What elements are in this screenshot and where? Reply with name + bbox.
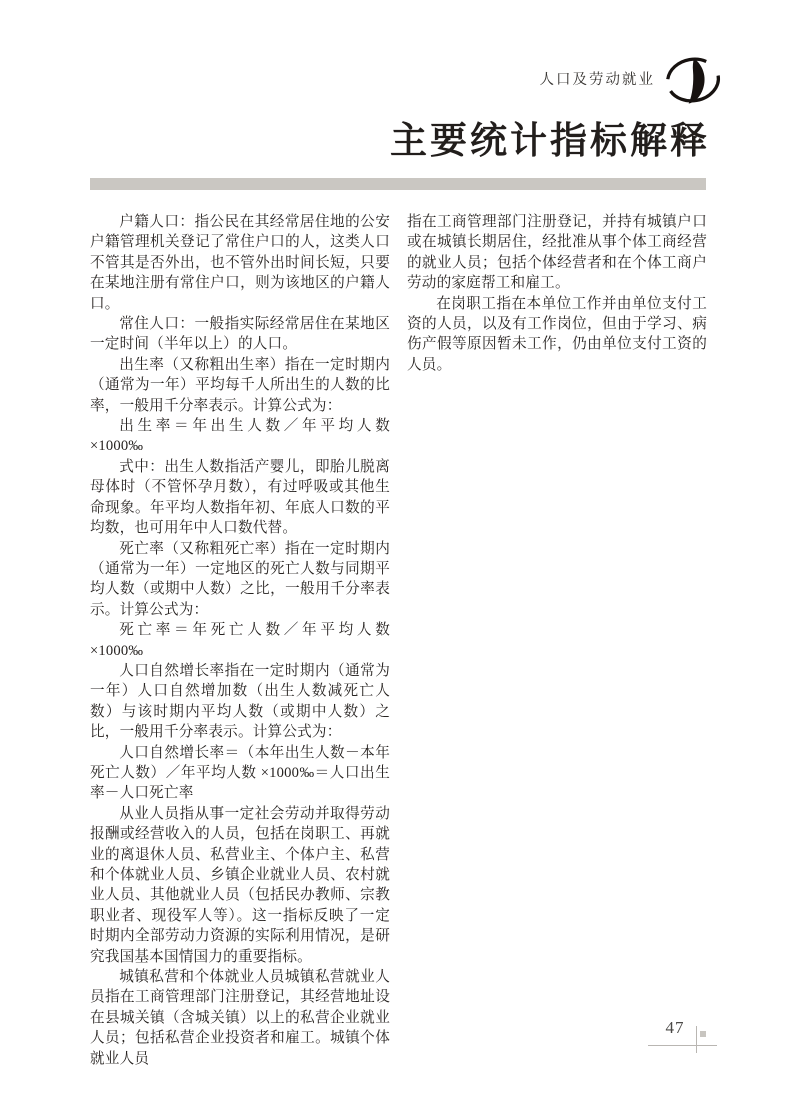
footer-square-ornament — [700, 1031, 706, 1037]
section-rule-bar — [90, 178, 706, 190]
page-number: 47 — [658, 1018, 692, 1038]
footer-vertical-rule — [696, 1026, 697, 1053]
paragraph-death-rate-definition: 死亡率（又称粗死亡率）指在一定时期内（通常为一年）一定地区的死亡人数与同期平均人… — [90, 539, 390, 621]
page-title: 主要统计指标解释 — [390, 110, 710, 164]
paragraph-resident-population: 常住人口：一般指实际经常居住在某地区一定时间（半年以上）的人口。 — [90, 314, 390, 355]
left-column: 户籍人口：指公民在其经常居住地的公安户籍管理机关登记了常住户口的人，这类人口不管… — [90, 212, 390, 1069]
section-label: 人口及劳动就业 — [540, 68, 656, 93]
paragraph-natural-growth-rate: 人口自然增长率指在一定时期内（通常为一年）人口自然增加数（出生人数减死亡人数）与… — [90, 661, 390, 743]
paragraph-urban-private-employees-continued: 指在工商管理部门注册登记，并持有城镇户口或在城镇长期居住，经批准从事个体工商经营… — [407, 212, 707, 294]
right-column: 指在工商管理部门注册登记，并持有城镇户口或在城镇长期居住，经批准从事个体工商经营… — [407, 212, 707, 1069]
body-columns: 户籍人口：指公民在其经常居住地的公安户籍管理机关登记了常住户口的人，这类人口不管… — [90, 212, 707, 1069]
paragraph-staff-on-duty: 在岗职工指在本单位工作并由单位支付工资的人员，以及有工作岗位，但由于学习、病伤产… — [407, 294, 707, 376]
formula-birth-rate: 出生率＝年出生人数／年平均人数 ×1000‰ — [90, 416, 390, 457]
formula-death-rate: 死亡率＝年死亡人数／年平均人数 ×1000‰ — [90, 620, 390, 661]
footer-horizontal-rule — [648, 1045, 717, 1046]
paragraph-hukou-population: 户籍人口：指公民在其经常居住地的公安户籍管理机关登记了常住户口的人，这类人口不管… — [90, 212, 390, 314]
document-page: 人口及劳动就业 主要统计指标解释 户籍人口：指公民在其经常居住地的公安户籍管理机… — [0, 0, 794, 1100]
paragraph-birth-rate-notes: 式中：出生人数指活产婴儿，即胎儿脱离母体时（不管怀孕月数），有过呼吸或其他生命现… — [90, 457, 390, 539]
swirl-logo-icon — [664, 54, 722, 106]
paragraph-birth-rate-definition: 出生率（又称粗出生率）指在一定时期内（通常为一年）平均每千人所出生的人数的比率，… — [90, 355, 390, 416]
paragraph-employed-persons: 从业人员指从事一定社会劳动并取得劳动报酬或经营收入的人员，包括在岗职工、再就业的… — [90, 804, 390, 967]
paragraph-urban-private-employees: 城镇私营和个体就业人员城镇私营就业人员指在工商管理部门注册登记，其经营地址设在县… — [90, 967, 390, 1069]
masthead: 人口及劳动就业 — [540, 54, 723, 106]
formula-natural-growth-rate: 人口自然增长率＝（本年出生人数－本年死亡人数）／年平均人数 ×1000‰＝人口出… — [90, 743, 390, 804]
